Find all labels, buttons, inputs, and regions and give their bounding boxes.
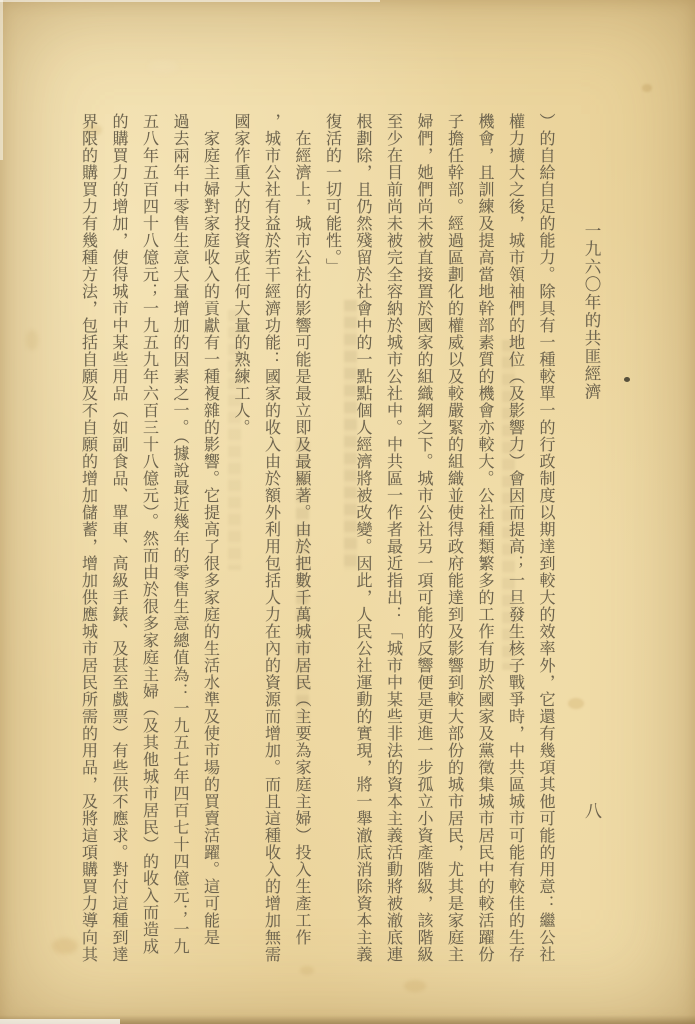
text-column: 根劃除，且仍然殘留於社會中的一點點個人經濟將被改變。因此，人民公社運動的實現，將… [347,113,378,963]
text-column: 五八年五百四十八億元；一九五九年六百三十八億元）。然而由於很多家庭主婦（及其他城… [133,113,164,963]
text-column: 界限的購買力有幾種方法，包括自願及不自願的增加儲蓄，增加供應城市居民所需的用品，… [72,113,103,963]
page-number: 八 [580,802,602,819]
ink-speck [624,377,630,382]
text-column: 至少在目前尚未被完全容納於城市公社中。中共區一作者最近指出：「城市中某些非法的資… [377,113,408,963]
scan-edge-left [0,0,3,160]
text-column: ，城市公社有益於若干經濟功能：國家的收入由於額外利用包括人力在內的資源而增加。而… [255,113,286,963]
stain [642,84,652,92]
scan-edge-bottom-sliver [0,1019,120,1024]
body-text-block: ）的自給自足的能力。除具有一種較單一的行政制度以期達到較大的效率外，它還有幾項其… [72,113,560,963]
text-column: 過去兩年中零售生意大量增加的因素之一。（據說最近幾年的零售生意總值為：一九五七年… [164,113,195,963]
text-column: 權力擴大之後，城市領袖們的地位（及影響力）會因而提高；一旦發生核子戰爭時，中共區… [499,113,530,963]
text-column: 復活的一切可能性。」 [316,113,347,963]
text-column: 的購買力的增加，使得城市中某些用品（如副食品、單車、高級手錶、及甚至戲票）有些供… [103,113,134,963]
text-column: 機會，且訓練及提高當地幹部素質的機會亦較大。公社種類繁多的工作有助於國家及黨徵集… [469,113,500,963]
stain [404,980,426,992]
stain [300,966,314,975]
stain [26,330,38,350]
text-column: 家庭主婦對家庭收入的貢獻有一種複雜的影響。它提高了很多家庭的生活水準及使市場的買… [194,113,225,963]
scan-edge-top [0,0,380,2]
running-title: 一九六〇年的共匪經濟 [580,222,602,401]
text-column: 子擔任幹部。經過區劃化的權威以及較嚴緊的組織並使得政府能達到及影響到較大部份的城… [438,113,469,963]
text-column: 在經濟上，城市公社的影響可能是最立即及最顯著。由於把數千萬城市居民（主要為家庭主… [286,113,317,963]
text-column: 婦們，她們尚未被直接置於國家的組織網之下。城市公社另一項可能的反響便是更進一步孤… [408,113,439,963]
stain [148,60,178,74]
text-column: ）的自給自足的能力。除具有一種較單一的行政制度以期達到較大的效率外，它還有幾項其… [530,113,561,963]
text-column: 國家作重大的投資或任何大量的熟練工人。 [225,113,256,963]
scanned-book-page: 一九六〇年的共匪經濟 八 ）的自給自足的能力。除具有一種較單一的行政制度以期達到… [0,0,695,1024]
stain [568,698,584,709]
